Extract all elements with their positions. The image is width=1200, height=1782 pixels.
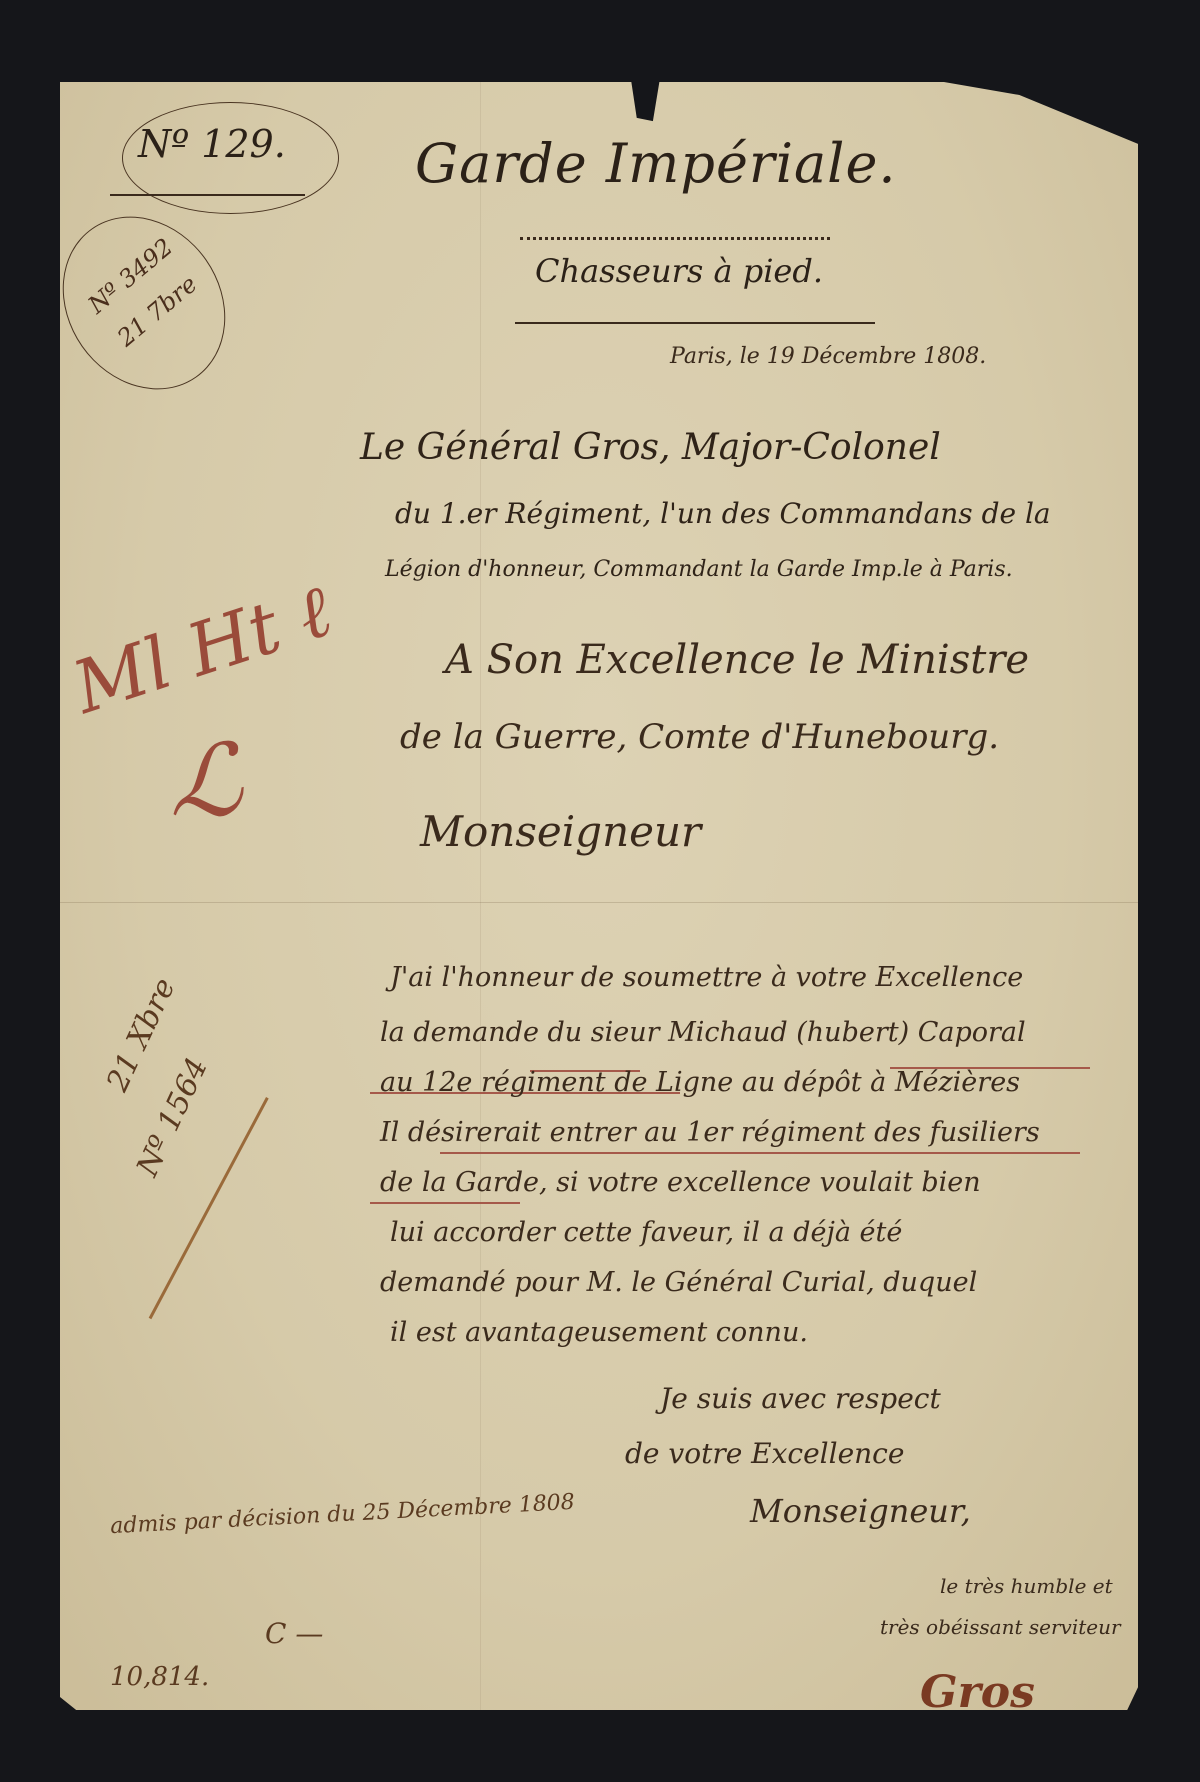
body-line-1: J'ai l'honneur de soumettre à votre Exce… xyxy=(390,962,1023,993)
subtitle-rule xyxy=(515,322,875,324)
letterhead-title: Garde Impériale. xyxy=(415,132,897,195)
document-number: Nº 129. xyxy=(138,122,286,166)
salutation: Monseigneur xyxy=(420,807,701,856)
footer-mark: C — xyxy=(265,1617,323,1650)
title-ornament xyxy=(520,237,830,240)
red-underline-3 xyxy=(370,1202,520,1204)
body-line-6: lui accorder cette faveur, il a déjà été xyxy=(390,1217,902,1248)
closing-line-5: très obéissant serviteur xyxy=(880,1615,1121,1639)
place-and-date: Paris, le 19 Décembre 1808. xyxy=(670,344,986,369)
red-margin-annotation: Ml Ht ℓ xyxy=(63,568,341,730)
letter-paper: Nº 129. Nº 3492 21 7bre Garde Impériale.… xyxy=(60,82,1138,1710)
decision-note: admis par décision du 25 Décembre 1808 xyxy=(110,1490,576,1539)
body-line-5: de la Garde, si votre excellence voulait… xyxy=(380,1167,981,1198)
signature: Gros xyxy=(920,1667,1035,1718)
number-underline xyxy=(110,194,305,196)
vertical-fold-line xyxy=(480,82,481,1710)
closing-line-1: Je suis avec respect xyxy=(660,1382,941,1415)
body-line-3: au 12e régiment de Ligne au dépôt à Mézi… xyxy=(380,1067,1020,1098)
sender-line-2: du 1.er Régiment, l'un des Commandans de… xyxy=(395,497,1051,530)
sender-line-1: Le Général Gros, Major-Colonel xyxy=(360,427,941,468)
sender-line-3: Légion d'honneur, Commandant la Garde Im… xyxy=(385,557,1013,582)
letterhead-subtitle: Chasseurs à pied. xyxy=(535,252,823,290)
closing-line-3: Monseigneur, xyxy=(750,1492,971,1530)
signature-flourish xyxy=(940,1730,1106,1762)
closing-line-4: le très humble et xyxy=(940,1574,1113,1598)
recipient-line-1: A Son Excellence le Ministre xyxy=(445,637,1029,683)
body-line-8: il est avantageusement connu. xyxy=(390,1317,808,1348)
body-line-4: Il désirerait entrer au 1er régiment des… xyxy=(380,1117,1040,1148)
red-underline-2 xyxy=(440,1152,1080,1154)
red-paraph-mark: ℒ xyxy=(170,722,242,839)
horizontal-fold-line xyxy=(60,902,1138,903)
closing-line-2: de votre Excellence xyxy=(625,1437,904,1470)
recipient-line-2: de la Guerre, Comte d'Hunebourg. xyxy=(400,717,999,757)
body-line-2: la demande du sieur Michaud (hubert) Cap… xyxy=(380,1017,1026,1048)
body-line-7: demandé pour M. le Général Curial, duque… xyxy=(380,1267,977,1298)
archive-number: 10,814. xyxy=(110,1662,209,1692)
